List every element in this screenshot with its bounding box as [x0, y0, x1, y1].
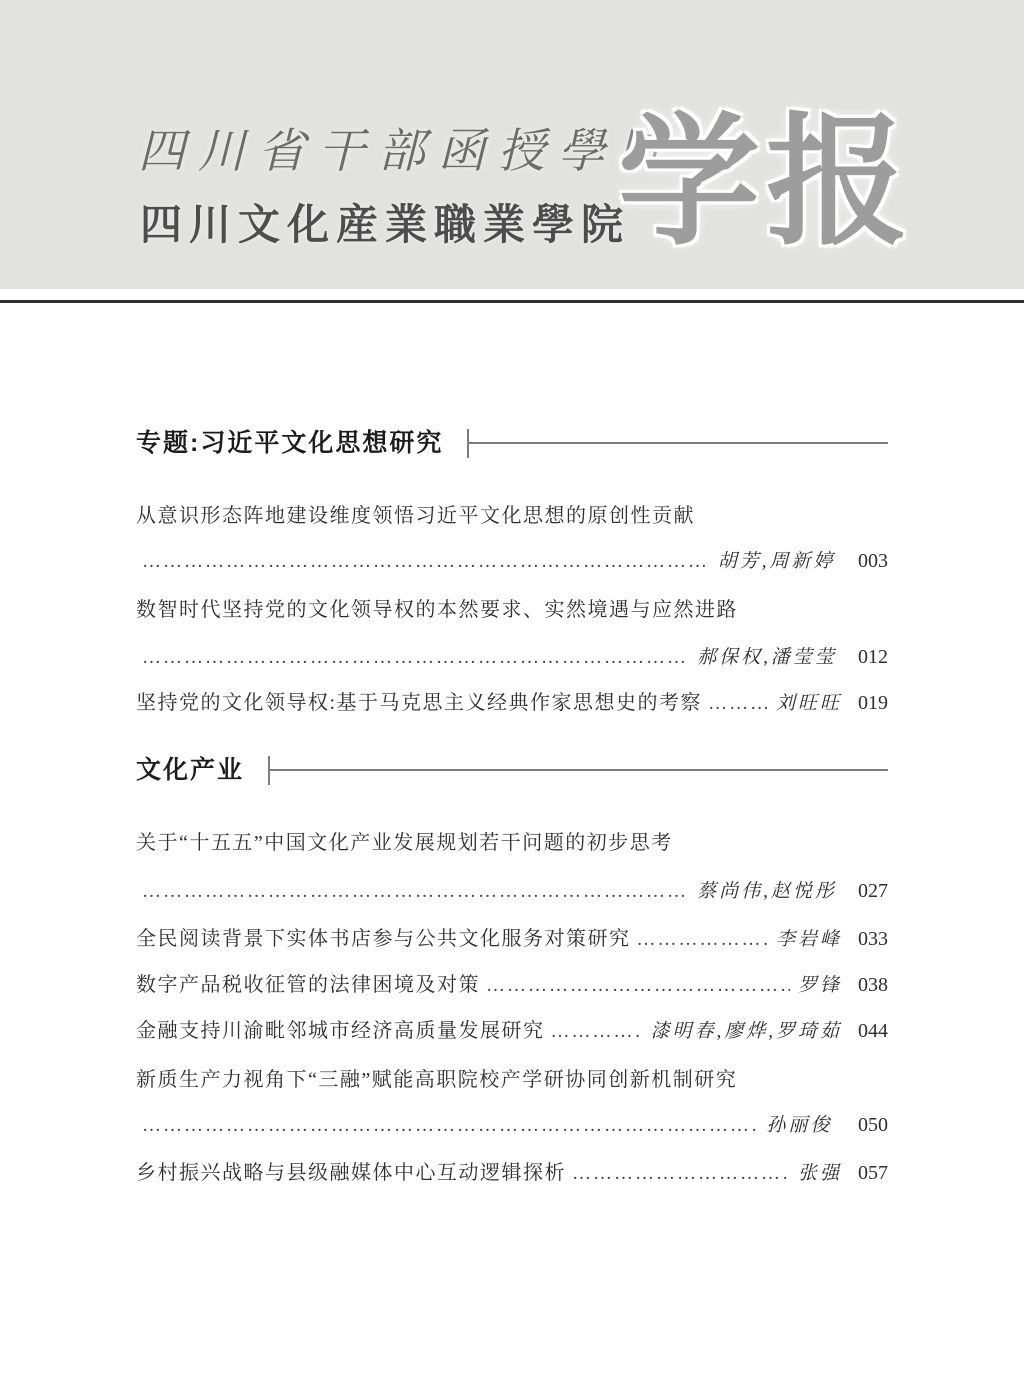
entry-authors: 罗锋 [798, 972, 842, 1000]
entry-authors: 郝保权,潘莹莹 [697, 644, 837, 672]
entry-authors: 漆明春,廖烨,罗琦茹 [650, 1018, 842, 1046]
toc-entry-title: 从意识形态阵地建设维度领悟习近平文化思想的原创性贡献 [136, 502, 888, 530]
entry-authors: 胡芳,周新婷 [718, 548, 836, 576]
entry-authors: 李岩峰 [776, 926, 842, 954]
dot-leader [551, 1018, 643, 1046]
entry-page-number: 033 [858, 925, 888, 953]
entry-title: 关于“十五五”中国文化产业发展规划若干问题的初步思考 [136, 829, 673, 857]
toc-entry-meta: 孙丽俊 050 [136, 1111, 888, 1140]
calligraphy-college-name: 四川省干部函授學院 [138, 128, 628, 175]
entry-authors: 张强 [798, 1160, 842, 1188]
entry-title: 数智时代坚持党的文化领导权的本然要求、实然境遇与应然进路 [136, 596, 738, 624]
entry-title: 金融支持川渝毗邻城市经济高质量发展研究 [136, 1017, 545, 1045]
entry-page-number: 057 [858, 1159, 888, 1187]
table-of-contents: 专题:习近平文化思想研究 从意识形态阵地建设维度领悟习近平文化思想的原创性贡献 … [0, 428, 1024, 1188]
toc-entry-meta: 蔡尚伟,赵悦彤 027 [136, 877, 888, 906]
section-header-rule [467, 442, 888, 444]
toc-entry-title: 关于“十五五”中国文化产业发展规划若干问题的初步思考 [136, 829, 888, 857]
toc-entry: 数字产品税收征管的法律困境及对策 罗锋 038 [136, 971, 888, 1000]
entry-authors: 刘旺旺 [776, 690, 842, 718]
entry-page-number: 019 [858, 689, 888, 717]
entry-title: 数字产品税收征管的法律困境及对策 [136, 971, 480, 999]
entry-page-number: 027 [853, 877, 888, 905]
entry-page-number: 050 [848, 1111, 888, 1139]
dot-leader [486, 972, 790, 1000]
entry-title: 全民阅读背景下实体书店参与公共文化服务对策研究 [136, 925, 631, 953]
section-header-special-topic: 专题:习近平文化思想研究 [136, 428, 888, 458]
toc-entry-meta: 胡芳,周新婷 003 [136, 547, 888, 576]
entry-page-number: 003 [852, 547, 888, 575]
entry-authors: 蔡尚伟,赵悦彤 [697, 878, 837, 906]
dot-leader [142, 878, 689, 906]
entry-page-number: 012 [853, 643, 888, 671]
entry-page-number: 038 [858, 971, 888, 999]
masthead-divider [0, 300, 1024, 303]
section-title: 专题:习近平文化思想研究 [136, 428, 443, 458]
entry-title: 从意识形态阵地建设维度领悟习近平文化思想的原创性贡献 [136, 502, 695, 530]
entry-title: 乡村振兴战略与县级融媒体中心互动逻辑探析 [136, 1159, 566, 1187]
dot-leader [708, 690, 768, 718]
dot-leader [637, 926, 768, 954]
journal-title: 学报 [618, 112, 914, 254]
entry-page-number: 044 [858, 1017, 888, 1045]
entry-title: 坚持党的文化领导权:基于马克思主义经典作家思想史的考察 [136, 689, 702, 717]
toc-entry-title: 新质生产力视角下“三融”赋能高职院校产学研协同创新机制研究 [136, 1066, 888, 1094]
section-header-cultural-industry: 文化产业 [136, 755, 888, 785]
toc-entry: 坚持党的文化领导权:基于马克思主义经典作家思想史的考察 刘旺旺 019 [136, 689, 888, 718]
toc-entry-title: 数智时代坚持党的文化领导权的本然要求、实然境遇与应然进路 [136, 596, 888, 624]
entry-authors: 孙丽俊 [766, 1112, 832, 1140]
dot-leader [142, 548, 710, 576]
dot-leader [142, 1112, 758, 1140]
journal-contents-page: 四川省干部函授學院 四川文化産業職業學院 学报 专题:习近平文化思想研究 从意识… [0, 0, 1024, 1379]
toc-entry-meta: 郝保权,潘莹莹 012 [136, 643, 888, 672]
institution-name: 四川文化産業職業學院 [140, 205, 630, 247]
dot-leader [142, 644, 689, 672]
toc-entry: 乡村振兴战略与县级融媒体中心互动逻辑探析 张强 057 [136, 1159, 888, 1188]
section-title: 文化产业 [136, 755, 244, 785]
masthead-banner: 四川省干部函授學院 四川文化産業職業學院 学报 [0, 0, 1024, 289]
toc-entry: 金融支持川渝毗邻城市经济高质量发展研究 漆明春,廖烨,罗琦茹 044 [136, 1017, 888, 1046]
section-header-rule [268, 769, 888, 771]
entry-title: 新质生产力视角下“三融”赋能高职院校产学研协同创新机制研究 [136, 1066, 737, 1094]
dot-leader [572, 1160, 790, 1188]
toc-entry: 全民阅读背景下实体书店参与公共文化服务对策研究 李岩峰 033 [136, 925, 888, 954]
